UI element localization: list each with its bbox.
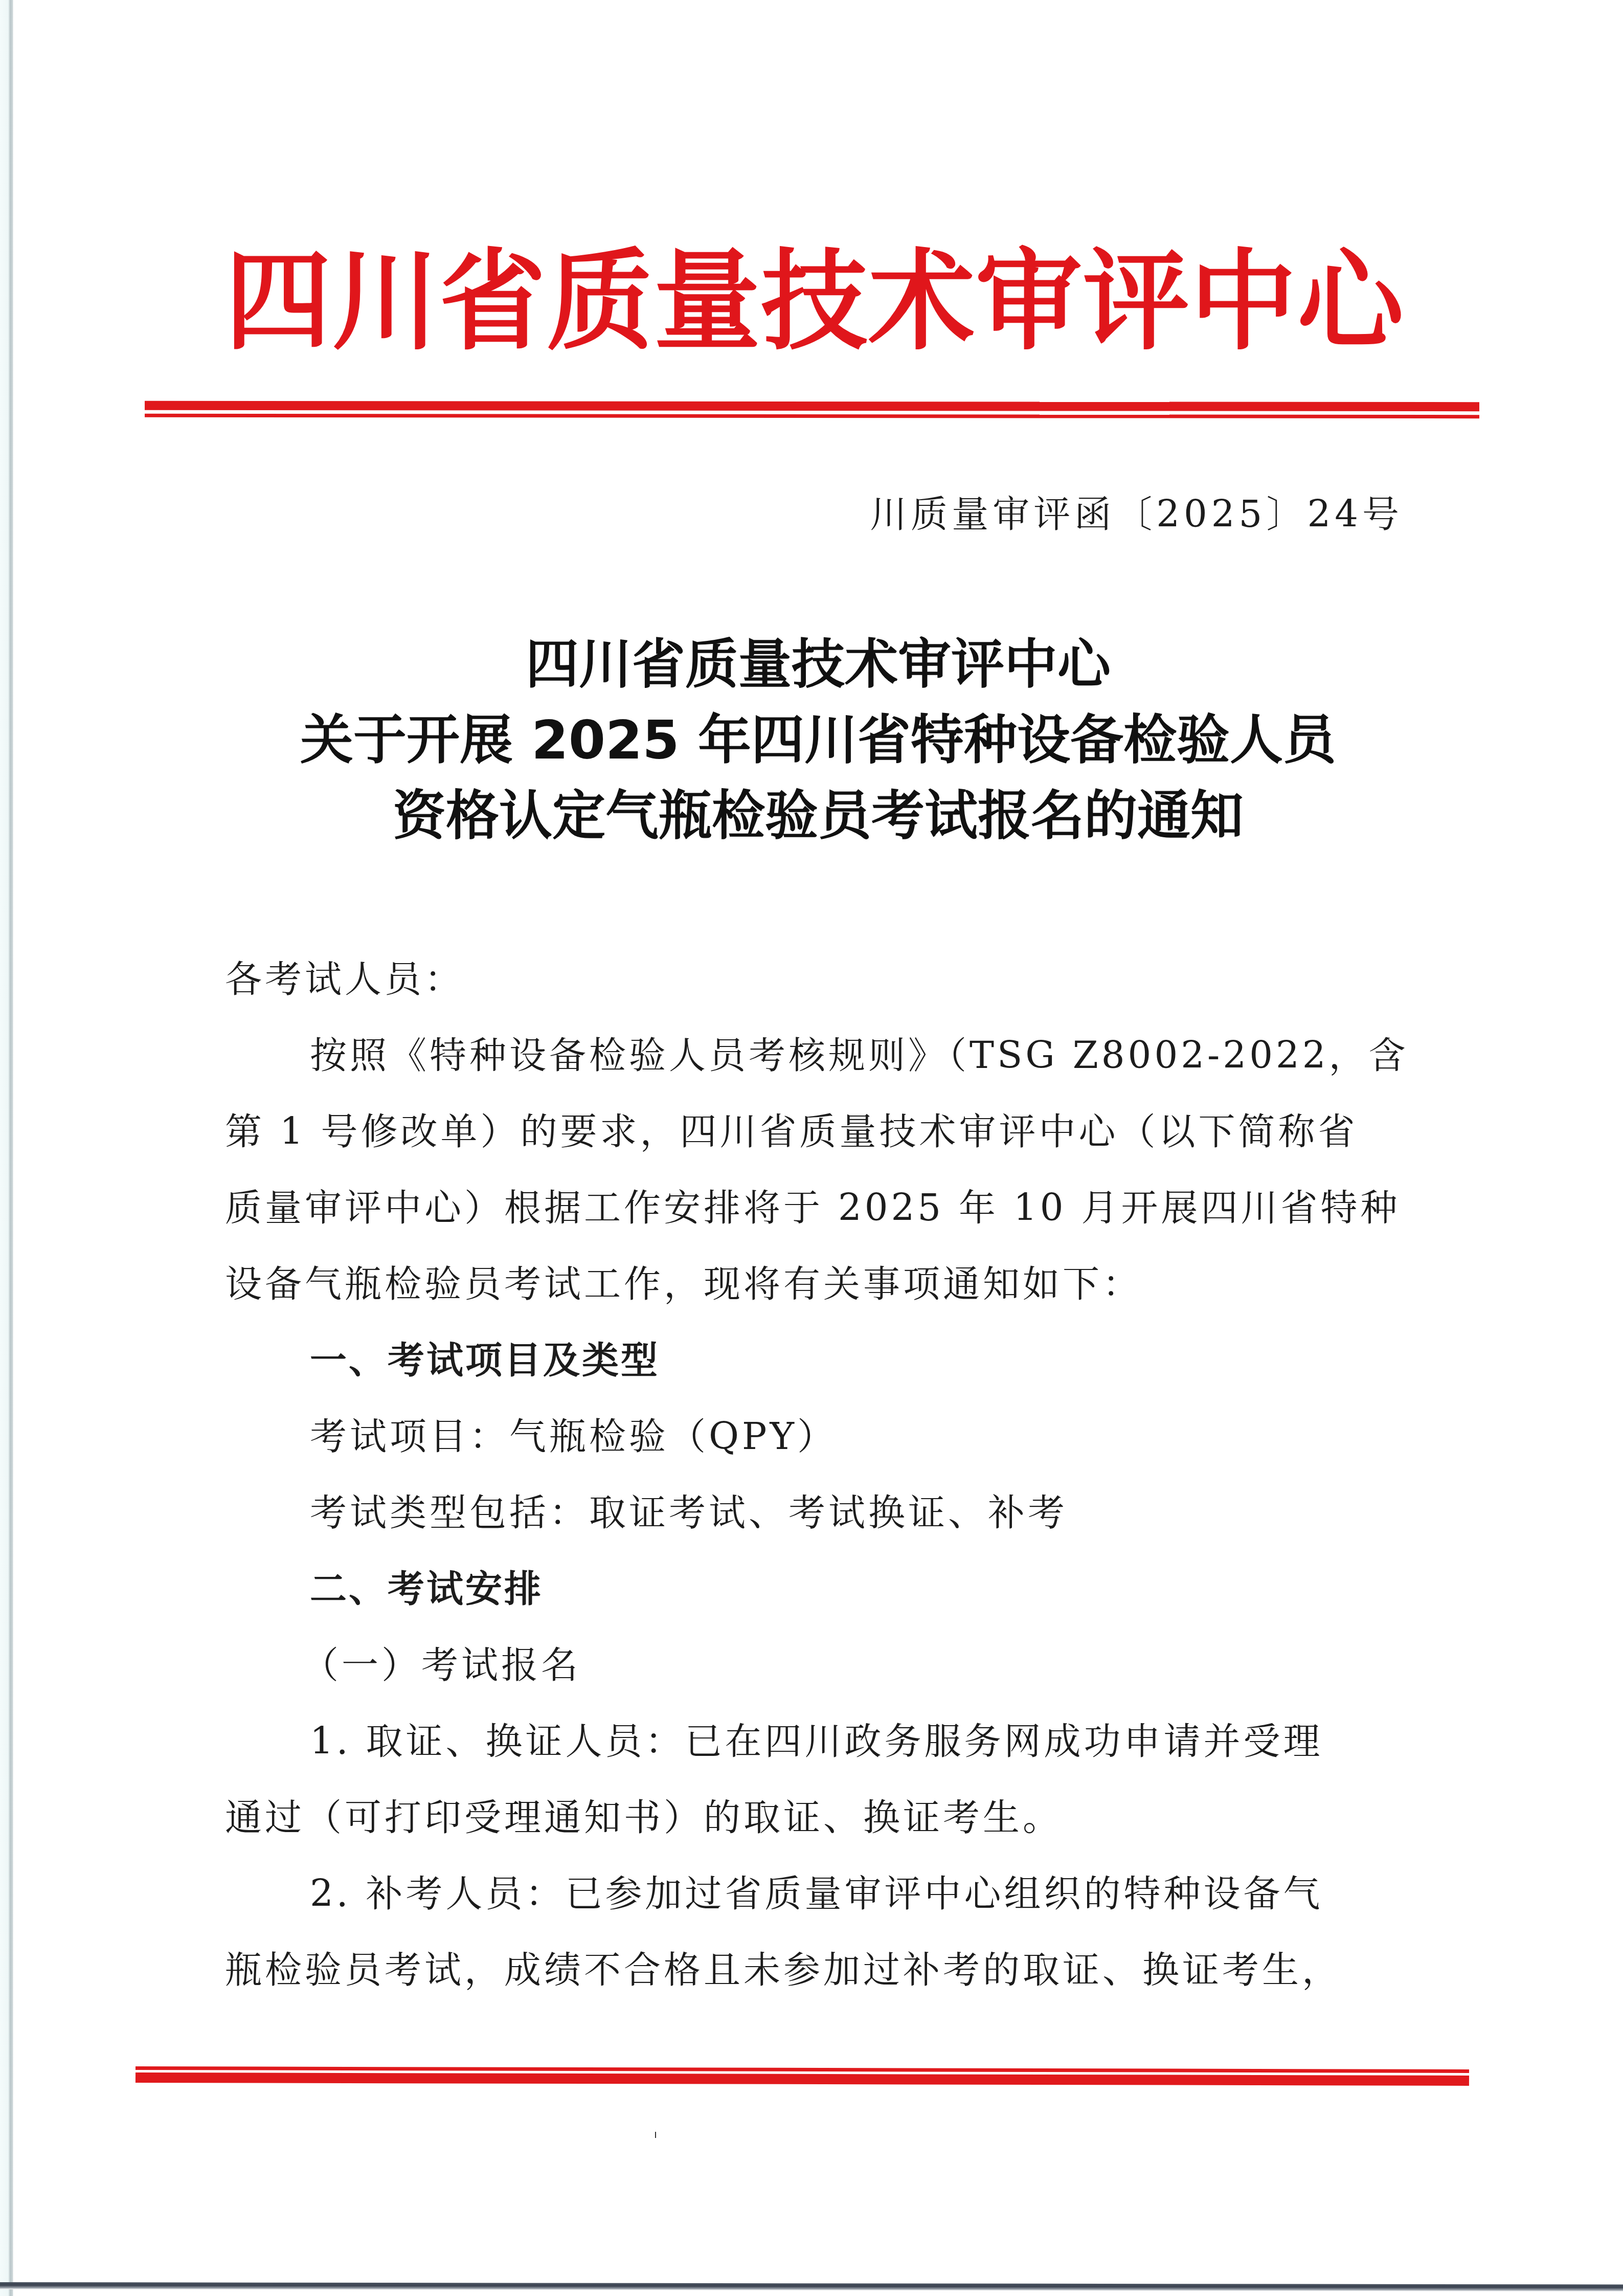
point-2-line-2: 瓶检验员考试，成绩不合格且未参加过补考的取证、换证考生， bbox=[225, 1932, 1437, 2008]
scan-bottom-edge bbox=[0, 2282, 1623, 2291]
document-title: 四川省质量技术审评中心 关于开展 2025 年四川省特种设备检验人员 资格认定气… bbox=[205, 627, 1432, 854]
point-1-paragraph: 1. 取证、换证人员：已在四川政务服务网成功申请并受理 通过（可打印受理通知书）… bbox=[225, 1703, 1437, 1856]
scan-left-edge bbox=[0, 0, 13, 2296]
subsection-registration: （一）考试报名 bbox=[225, 1627, 1437, 1703]
letterhead-rule-thick bbox=[145, 401, 1479, 411]
footer-rule-thick bbox=[136, 2072, 1469, 2086]
salutation: 各考试人员： bbox=[225, 941, 1437, 1017]
letterhead-rule-thin bbox=[145, 414, 1479, 418]
exam-types: 考试类型包括：取证考试、考试换证、补考 bbox=[225, 1475, 1437, 1551]
point-2-paragraph: 2. 补考人员：已参加过省质量审评中心组织的特种设备气 瓶检验员考试，成绩不合格… bbox=[225, 1856, 1437, 2008]
title-line-2: 关于开展 2025 年四川省特种设备检验人员 bbox=[205, 702, 1432, 778]
section-1-heading: 一、考试项目及类型 bbox=[225, 1322, 1437, 1398]
footer-rule-thin bbox=[136, 2066, 1469, 2073]
section-2-heading: 二、考试安排 bbox=[225, 1551, 1437, 1627]
exam-item: 考试项目：气瓶检验（QPY） bbox=[225, 1398, 1437, 1475]
document-body: 各考试人员： 按照《特种设备检验人员考核规则》（TSG Z8002-2022，含… bbox=[225, 941, 1437, 2008]
point-1-line-1: 1. 取证、换证人员：已在四川政务服务网成功申请并受理 bbox=[225, 1703, 1437, 1779]
point-2-line-1: 2. 补考人员：已参加过省质量审评中心组织的特种设备气 bbox=[225, 1856, 1437, 1932]
letterhead-org-name: 四川省质量技术审评中心 bbox=[225, 240, 1378, 363]
document-number: 川质量审评函〔2025〕24号 bbox=[870, 491, 1403, 537]
intro-line-1: 按照《特种设备检验人员考核规则》（TSG Z8002-2022，含 bbox=[225, 1017, 1437, 1094]
intro-line-3: 质量审评中心）根据工作安排将于 2025 年 10 月开展四川省特种 bbox=[225, 1170, 1437, 1246]
intro-paragraph: 按照《特种设备检验人员考核规则》（TSG Z8002-2022，含 第 1 号修… bbox=[225, 1017, 1437, 1322]
title-line-3: 资格认定气瓶检验员考试报名的通知 bbox=[205, 778, 1432, 854]
intro-line-4: 设备气瓶检验员考试工作，现将有关事项通知如下： bbox=[225, 1246, 1437, 1322]
point-1-line-2: 通过（可打印受理通知书）的取证、换证考生。 bbox=[225, 1779, 1437, 1856]
scan-speck bbox=[655, 2132, 656, 2138]
title-line-1: 四川省质量技术审评中心 bbox=[205, 627, 1432, 702]
intro-line-2: 第 1 号修改单）的要求，四川省质量技术审评中心（以下简称省 bbox=[225, 1094, 1437, 1170]
